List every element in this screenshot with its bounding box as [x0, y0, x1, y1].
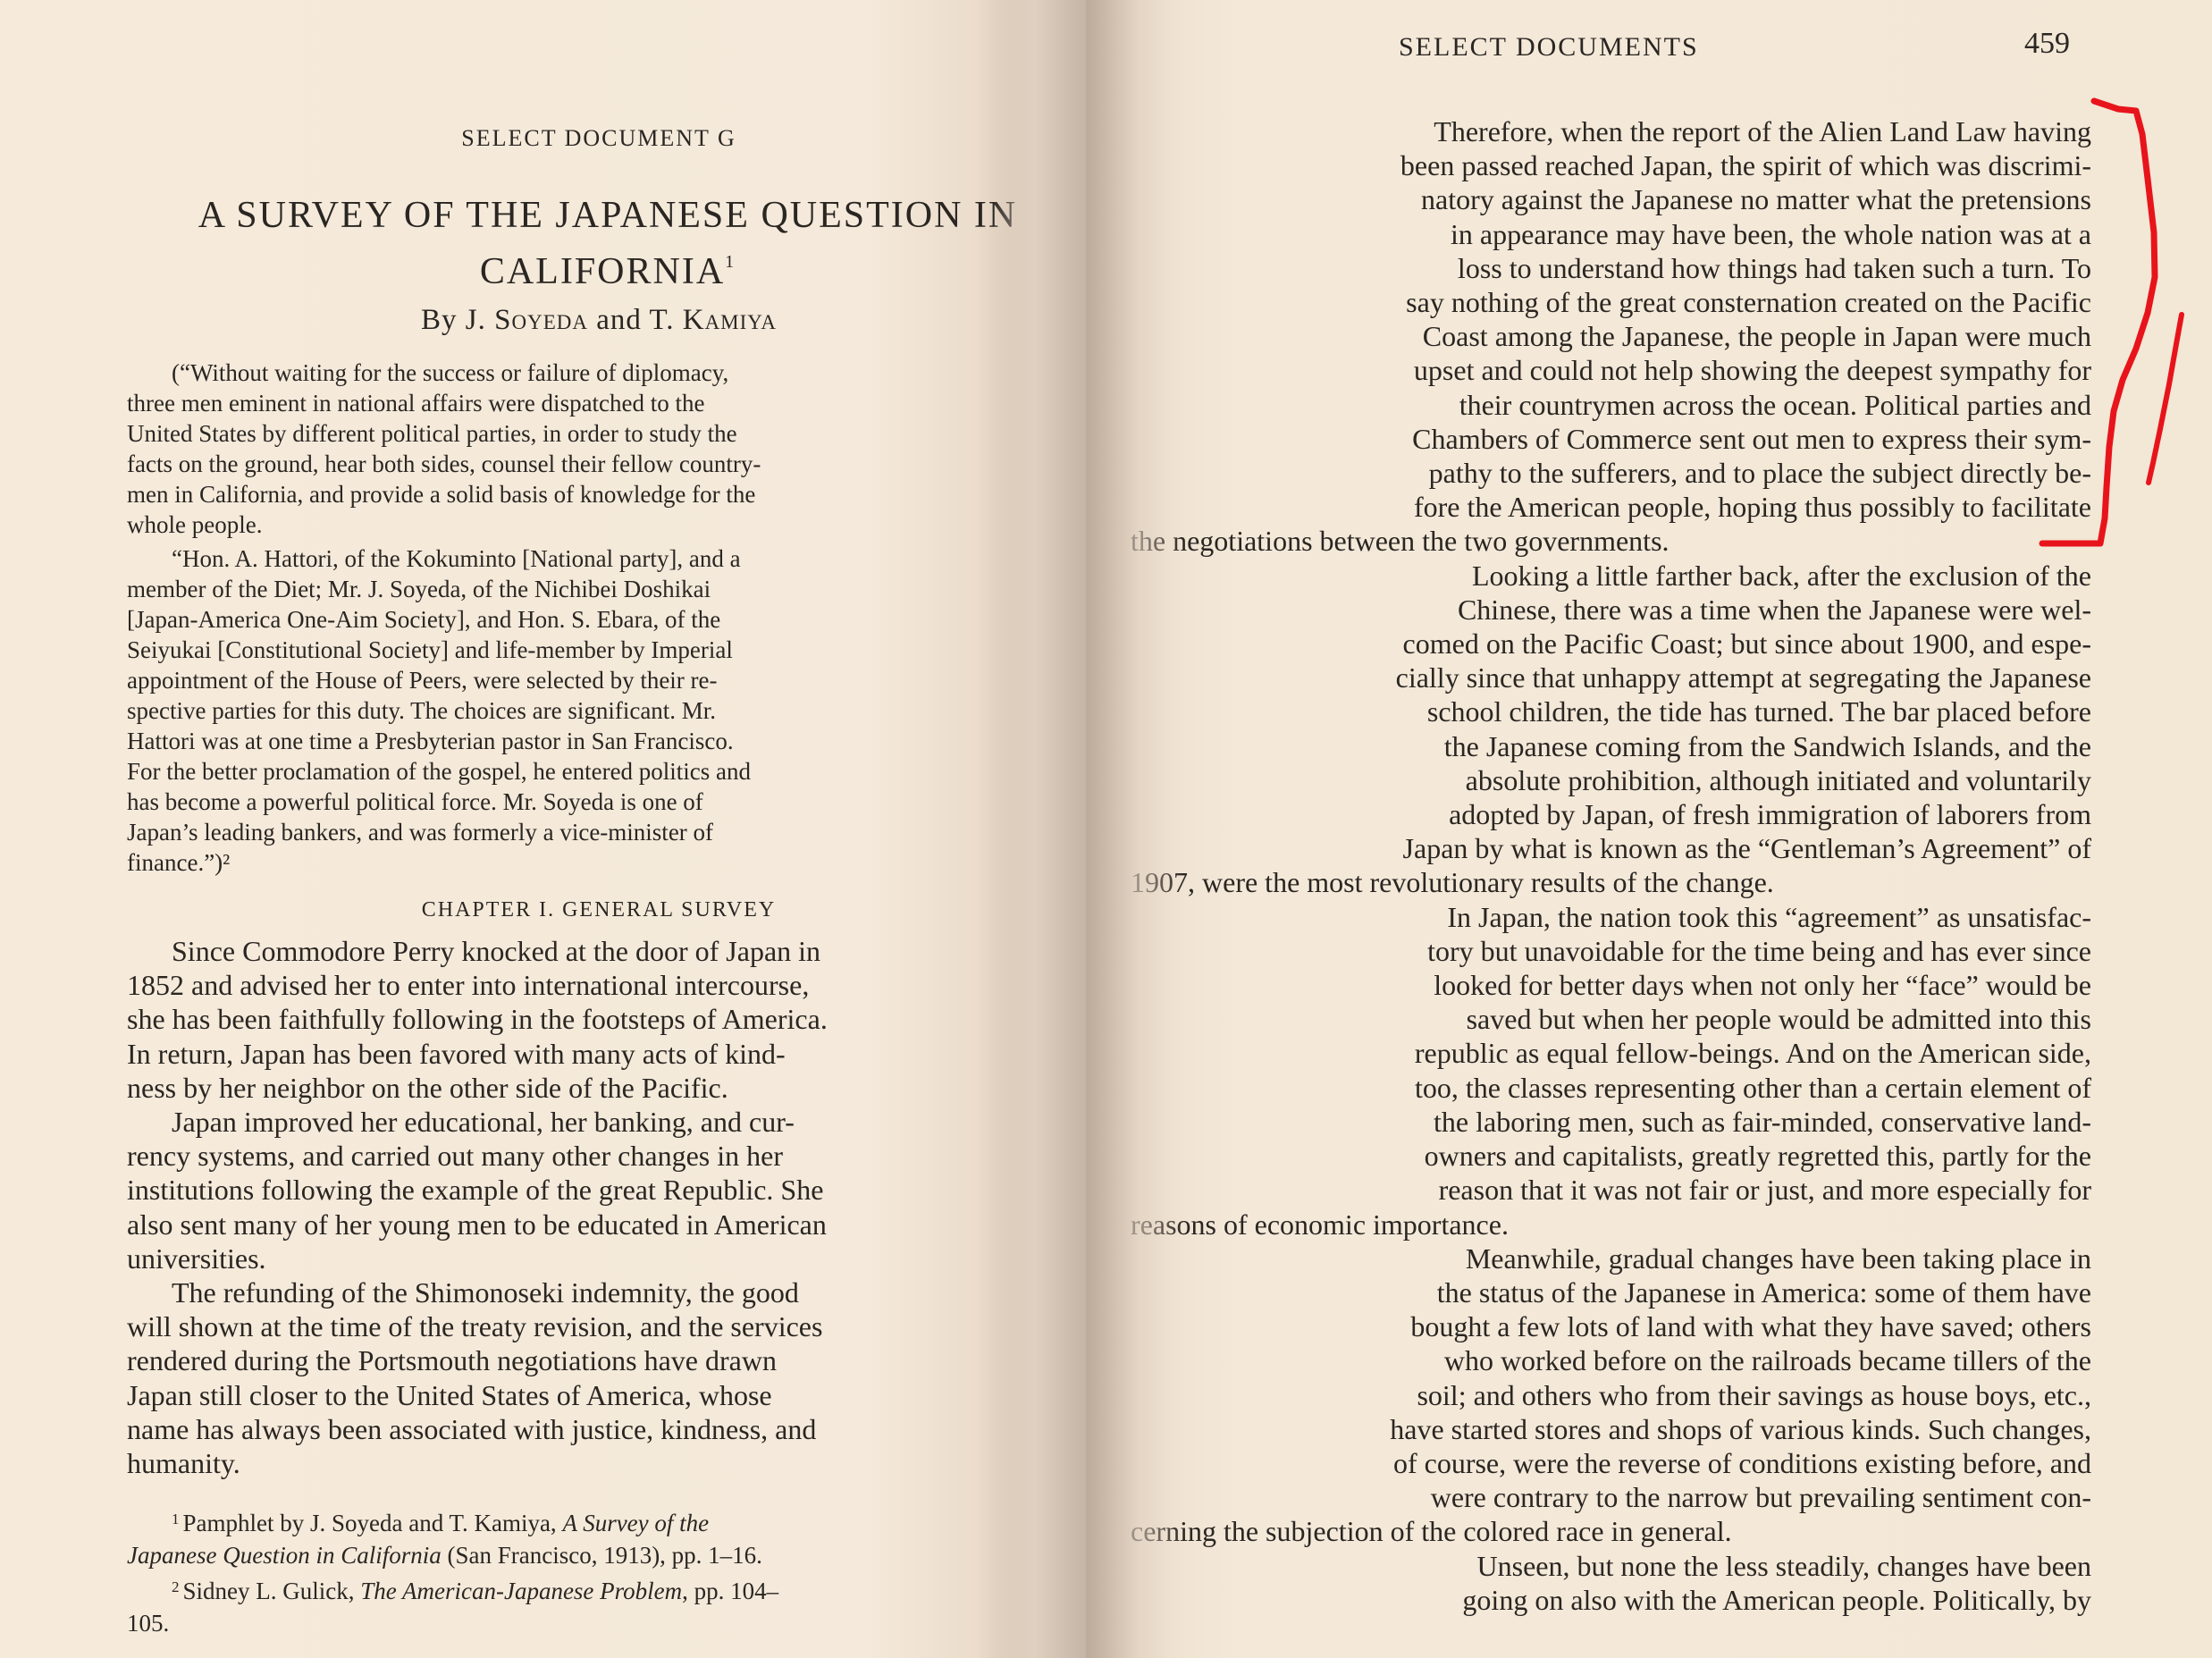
footnote-mark: 1 — [172, 1511, 180, 1528]
right-page-text: Therefore, when the report of the Alien … — [1131, 114, 2091, 1617]
footnote-2-cont: 105. — [127, 1607, 1086, 1639]
intro-paragraph-1: (“Without waiting for the success or fai… — [127, 358, 1086, 540]
title-footnote-ref: 1 — [725, 252, 736, 272]
text-line: loss to understand how things had taken … — [1131, 251, 2091, 285]
footnote-1: 1Pamphlet by J. Soyeda and T. Kamiya, A … — [127, 1503, 1086, 1539]
text-line: adopted by Japan, of fresh immigration o… — [1131, 797, 2091, 831]
byline-prefix: By J. — [421, 304, 494, 336]
text-line: Seiyukai [Constitutional Society] and li… — [127, 635, 1086, 665]
text-line: fore the American people, hoping thus po… — [1131, 490, 2091, 524]
text-line: natory against the Japanese no matter wh… — [1131, 182, 2091, 216]
text-line: The refunding of the Shimonoseki indemni… — [127, 1275, 1086, 1309]
footnote-italic: Japanese Question in California — [127, 1542, 442, 1569]
text-line: Chinese, there was a time when the Japan… — [1131, 593, 2091, 627]
text-line: reason that it was not fair or just, and… — [1131, 1173, 2091, 1207]
body-paragraph: Meanwhile, gradual changes have been tak… — [1131, 1241, 2091, 1549]
body-paragraph: In Japan, the nation took this “agreemen… — [1131, 900, 2091, 1241]
text-line: Therefore, when the report of the Alien … — [1131, 114, 2091, 148]
text-line: pathy to the sufferers, and to place the… — [1131, 456, 2091, 490]
text-line: have started stores and shops of various… — [1131, 1412, 2091, 1446]
footnote-italic: A Survey of the — [562, 1510, 709, 1536]
text-line: say nothing of the great consternation c… — [1131, 285, 2091, 319]
text-line: 1852 and advised her to enter into inter… — [127, 968, 1086, 1002]
footnote-mark: 2 — [172, 1578, 180, 1595]
text-line: For the better proclamation of the gospe… — [127, 756, 1086, 787]
page-number: 459 — [2024, 27, 2070, 61]
text-line: cially since that unhappy attempt at seg… — [1131, 661, 2091, 694]
text-line: looked for better days when not only her… — [1131, 968, 2091, 1002]
chapter-heading: CHAPTER I. GENERAL SURVEY — [125, 898, 1072, 922]
text-line: cerning the subjection of the colored ra… — [1131, 1514, 2091, 1548]
book-spread: SELECT DOCUMENT G A SURVEY OF THE JAPANE… — [0, 0, 2212, 1658]
document-title: A SURVEY OF THE JAPANESE QUESTION IN CAL… — [116, 192, 1086, 295]
text-line: going on also with the American people. … — [1131, 1583, 2091, 1617]
document-label: SELECT DOCUMENT G — [125, 125, 1072, 152]
text-line: Japan improved her educational, her bank… — [127, 1105, 1086, 1139]
text-line: appointment of the House of Peers, were … — [127, 665, 1086, 695]
text-line: tory but unavoidable for the time being … — [1131, 934, 2091, 968]
footnote-text: (San Francisco, 1913), pp. 1–16. — [442, 1542, 762, 1569]
text-line: she has been faithfully following in the… — [127, 1002, 1086, 1036]
body-paragraph: Therefore, when the report of the Alien … — [1131, 114, 2091, 559]
text-line: soil; and others who from their savings … — [1131, 1378, 2091, 1412]
text-line: member of the Diet; Mr. J. Soyeda, of th… — [127, 574, 1086, 604]
text-line: has become a powerful political force. M… — [127, 787, 1086, 817]
body-paragraph: Unseen, but none the less steadily, chan… — [1131, 1549, 2091, 1617]
text-line: Looking a little farther back, after the… — [1131, 559, 2091, 593]
intro-paragraph-2: “Hon. A. Hattori, of the Kokuminto [Nati… — [127, 543, 1086, 878]
body-paragraph: The refunding of the Shimonoseki indemni… — [127, 1275, 1086, 1480]
text-line: ness by her neighbor on the other side o… — [127, 1071, 1086, 1105]
byline-author-2: Kamiya — [683, 304, 777, 336]
text-line: rendered during the Portsmouth negotiati… — [127, 1343, 1086, 1377]
text-line: Since Commodore Perry knocked at the doo… — [127, 934, 1086, 968]
text-line: men in California, and provide a solid b… — [127, 479, 1086, 509]
body-paragraph: Japan improved her educational, her bank… — [127, 1105, 1086, 1275]
footnote-text: , pp. 104– — [682, 1578, 778, 1604]
text-line: three men eminent in national affairs we… — [127, 388, 1086, 418]
text-line: Japan’s leading bankers, and was formerl… — [127, 817, 1086, 847]
text-line: “Hon. A. Hattori, of the Kokuminto [Nati… — [127, 543, 1086, 574]
text-line: will shown at the time of the treaty rev… — [127, 1309, 1086, 1343]
text-line: (“Without waiting for the success or fai… — [127, 358, 1086, 388]
text-line: who worked before on the railroads becam… — [1131, 1343, 2091, 1377]
text-line: Coast among the Japanese, the people in … — [1131, 319, 2091, 353]
text-line: the negotiations between the two governm… — [1131, 524, 2091, 558]
body-paragraph: Since Commodore Perry knocked at the doo… — [127, 934, 1086, 1105]
text-line: Hattori was at one time a Presbyterian p… — [127, 726, 1086, 756]
text-line: upset and could not help showing the dee… — [1131, 353, 2091, 387]
text-line: absolute prohibition, although initiated… — [1131, 763, 2091, 797]
text-line: rency systems, and carried out many othe… — [127, 1139, 1086, 1173]
title-line-2: CALIFORNIA1 — [116, 239, 1086, 295]
running-head: SELECT DOCUMENTS — [1399, 32, 1699, 63]
text-line: facts on the ground, hear both sides, co… — [127, 449, 1086, 479]
text-line: universities. — [127, 1241, 1086, 1275]
text-line: Japan still closer to the United States … — [127, 1378, 1086, 1412]
text-line: In Japan, the nation took this “agreemen… — [1131, 900, 2091, 934]
footnotes: 1Pamphlet by J. Soyeda and T. Kamiya, A … — [127, 1503, 1086, 1639]
text-line: [Japan-America One-Aim Society], and Hon… — [127, 604, 1086, 635]
text-line: whole people. — [127, 509, 1086, 540]
title-line-2-text: CALIFORNIA — [480, 251, 725, 292]
text-line: republic as equal fellow-beings. And on … — [1131, 1036, 2091, 1070]
text-line: Meanwhile, gradual changes have been tak… — [1131, 1241, 2091, 1275]
footnote-text: Pamphlet by J. Soyeda and T. Kamiya, — [183, 1510, 563, 1536]
text-line: of course, were the reverse of condition… — [1131, 1446, 2091, 1480]
text-line: too, the classes representing other than… — [1131, 1071, 2091, 1105]
text-line: humanity. — [127, 1446, 1086, 1480]
footnote-1-cont: Japanese Question in California (San Fra… — [127, 1539, 1086, 1571]
text-line: bought a few lots of land with what they… — [1131, 1309, 2091, 1343]
text-line: owners and capitalists, greatly regrette… — [1131, 1139, 2091, 1173]
byline-mid: and T. — [588, 304, 683, 336]
text-line: In return, Japan has been favored with m… — [127, 1037, 1086, 1071]
text-line: comed on the Pacific Coast; but since ab… — [1131, 627, 2091, 661]
text-line: the laboring men, such as fair-minded, c… — [1131, 1105, 2091, 1139]
right-page: SELECT DOCUMENTS 459 Therefore, when the… — [1086, 0, 2212, 1658]
text-line: the Japanese coming from the Sandwich Is… — [1131, 729, 2091, 763]
text-line: their countrymen across the ocean. Polit… — [1131, 388, 2091, 422]
left-page: SELECT DOCUMENT G A SURVEY OF THE JAPANE… — [0, 0, 1086, 1658]
text-line: reasons of economic importance. — [1131, 1208, 2091, 1241]
text-line: institutions following the example of th… — [127, 1173, 1086, 1207]
text-line: Chambers of Commerce sent out men to exp… — [1131, 422, 2091, 456]
text-line: were contrary to the narrow but prevaili… — [1131, 1480, 2091, 1514]
text-line: 1907, were the most revolutionary result… — [1131, 865, 2091, 899]
text-line: school children, the tide has turned. Th… — [1131, 694, 2091, 728]
text-line: name has always been associated with jus… — [127, 1412, 1086, 1446]
byline: By J. Soyeda and T. Kamiya — [125, 304, 1072, 337]
text-line: spective parties for this duty. The choi… — [127, 695, 1086, 726]
footnote-2: 2Sidney L. Gulick, The American-Japanese… — [127, 1571, 1086, 1607]
text-line: saved but when her people would be admit… — [1131, 1002, 2091, 1036]
text-line: also sent many of her young men to be ed… — [127, 1208, 1086, 1241]
body-paragraph: Looking a little farther back, after the… — [1131, 559, 2091, 900]
footnote-text: Sidney L. Gulick, — [183, 1578, 361, 1604]
byline-author-1: Soyeda — [494, 304, 588, 336]
text-line: been passed reached Japan, the spirit of… — [1131, 148, 2091, 182]
text-line: in appearance may have been, the whole n… — [1131, 217, 2091, 251]
text-line: United States by different political par… — [127, 418, 1086, 449]
text-line: finance.”)² — [127, 847, 1086, 878]
title-line-1: A SURVEY OF THE JAPANESE QUESTION IN — [198, 195, 1018, 236]
footnote-italic: The American-Japanese Problem — [360, 1578, 682, 1604]
text-line: Japan by what is known as the “Gentleman… — [1131, 831, 2091, 865]
text-line: Unseen, but none the less steadily, chan… — [1131, 1549, 2091, 1583]
text-line: the status of the Japanese in America: s… — [1131, 1275, 2091, 1309]
